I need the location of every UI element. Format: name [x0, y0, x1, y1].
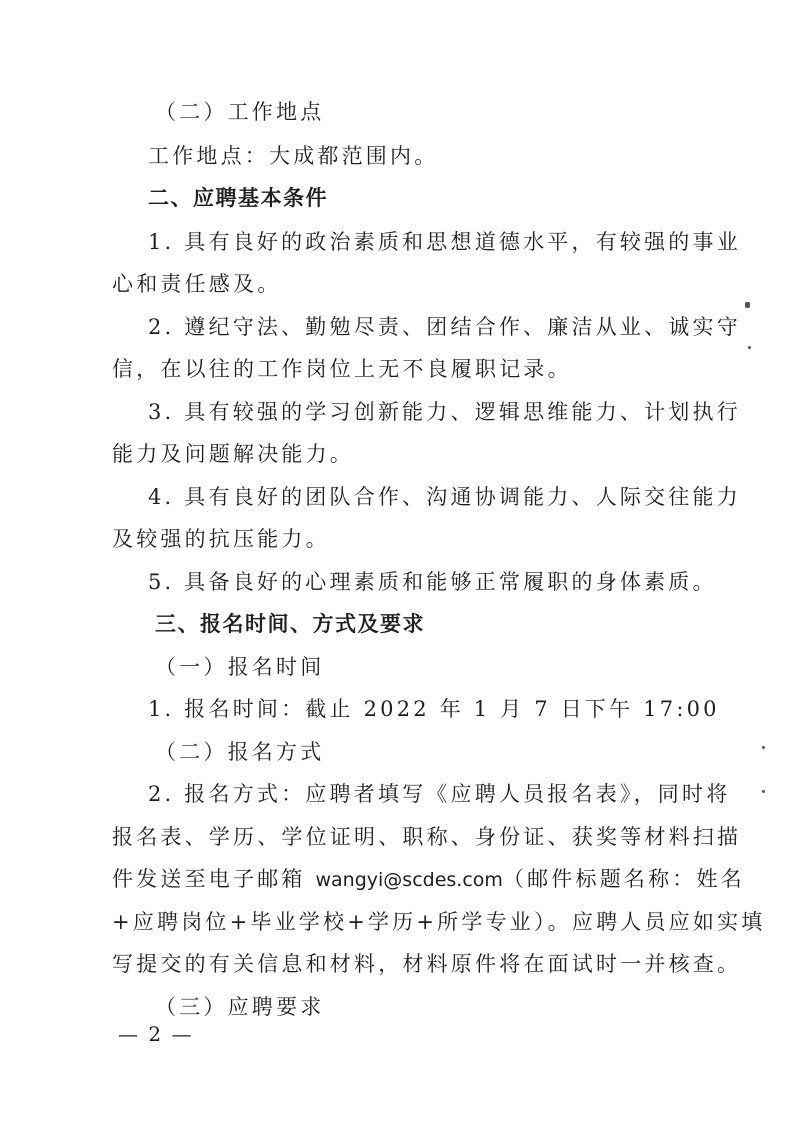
scan-speck — [762, 746, 765, 749]
method-line-5: 写提交的有关信息和材料，材料原件将在面试时一并核查。 — [112, 950, 741, 978]
method-line-3-prefix: 件发送至电子邮箱 — [112, 867, 315, 891]
requirement-2-line-2: 信，在以往的工作岗位上无不良履职记录。 — [112, 355, 572, 383]
requirement-3-line-1: 3. 具有较强的学习创新能力、逻辑思维能力、计划执行 — [148, 398, 741, 426]
scan-speck — [745, 302, 750, 308]
page-number: — 2 — — [118, 1022, 193, 1046]
requirement-1-line-1: 1. 具有良好的政治素质和思想道德水平，有较强的事业 — [148, 228, 741, 256]
method-line-4: +应聘岗位+毕业学校+学历+所学专业）。应聘人员应如实填 — [112, 908, 765, 936]
method-line-3: 件发送至电子邮箱 wangyi@scdes.com（邮件标题名称：姓名 — [112, 865, 745, 894]
scan-speck — [748, 346, 751, 349]
method-line-3-suffix: （邮件标题名称：姓名 — [503, 867, 745, 891]
subsection-work-location: （二）工作地点 — [155, 98, 324, 126]
requirement-1-line-2: 心和责任感及。 — [112, 270, 281, 298]
requirement-3-line-2: 能力及问题解决能力。 — [112, 440, 354, 468]
section-heading-registration: 三、报名时间、方式及要求 — [155, 610, 425, 638]
registration-deadline: 1. 报名时间：截止 2022 年 1 月 7 日下午 17:00 — [148, 695, 720, 723]
requirement-2-line-1: 2. 遵纪守法、勤勉尽责、团结合作、廉洁从业、诚实守 — [148, 313, 741, 341]
subsection-registration-time: （一）报名时间 — [155, 653, 324, 681]
method-line-1: 2. 报名方式：应聘者填写《应聘人员报名表》，同时将 — [148, 780, 730, 808]
requirement-4-line-1: 4. 具有良好的团队合作、沟通协调能力、人际交往能力 — [148, 483, 741, 511]
requirement-4-line-2: 及较强的抗压能力。 — [112, 525, 330, 553]
email-address: wangyi@scdes.com — [315, 869, 502, 891]
subsection-requirements: （三）应聘要求 — [155, 993, 324, 1021]
section-heading-basic-requirements: 二、应聘基本条件 — [148, 184, 328, 212]
work-location-text: 工作地点：大成都范围内。 — [148, 142, 438, 170]
requirement-5: 5. 具备良好的心理素质和能够正常履职的身体素质。 — [148, 568, 717, 596]
subsection-registration-method: （二）报名方式 — [155, 738, 324, 766]
scan-speck — [762, 790, 765, 793]
method-line-2: 报名表、学历、学位证明、职称、身份证、获奖等材料扫描 — [112, 823, 741, 851]
